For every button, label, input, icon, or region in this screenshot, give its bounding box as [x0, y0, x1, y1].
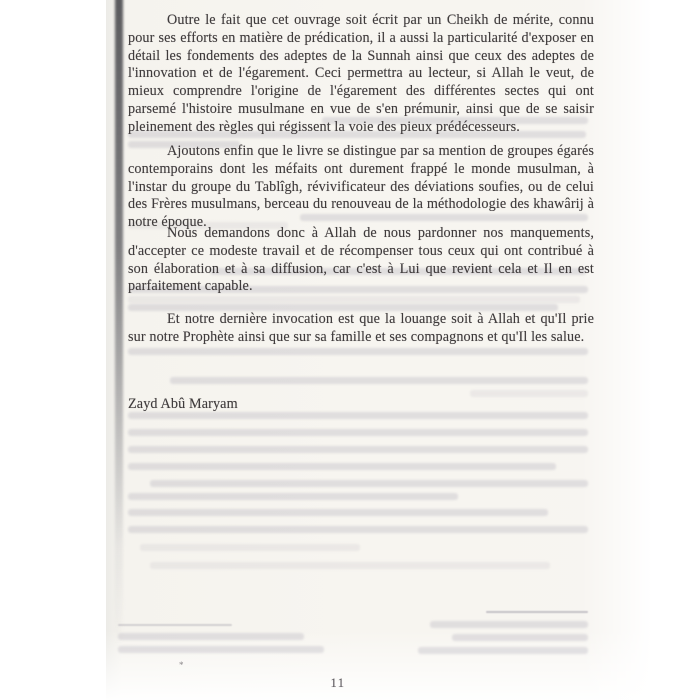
ink-speck: *: [179, 662, 184, 668]
body-paragraph: Nous demandons donc à Allah de nous pard…: [128, 225, 594, 296]
author-signature: Zayd Abû Maryam: [128, 396, 594, 414]
body-paragraph: Ajoutons enfin que le livre se distingue…: [128, 143, 594, 232]
body-paragraph: Outre le fait que cet ouvrage soit écrit…: [128, 12, 594, 137]
printed-text-layer: Outre le fait que cet ouvrage soit écrit…: [0, 0, 700, 700]
page-number: 11: [316, 676, 360, 691]
body-paragraph: Et notre dernière invocation est que la …: [128, 311, 594, 347]
